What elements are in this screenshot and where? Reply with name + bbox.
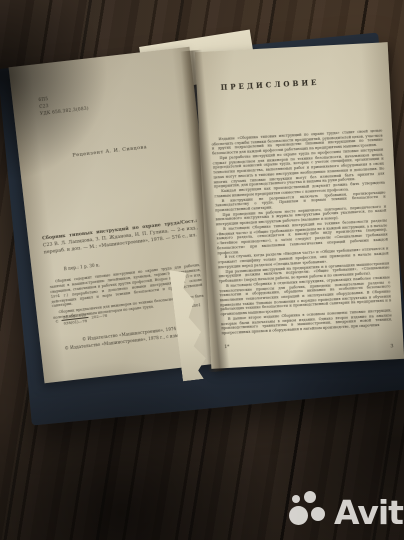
avito-logo-circle-medium-top	[304, 491, 316, 503]
avito-logo-circle-small	[292, 495, 300, 503]
avito-watermark: Avito	[289, 491, 404, 533]
avito-logo-circle-medium-bottom	[311, 507, 325, 521]
book-photo: 6П5 С23 УДК 658.382.3(083) Рецензент А. …	[0, 0, 404, 540]
avito-logo-icon	[289, 491, 329, 533]
avito-wordmark: Avito	[334, 493, 404, 532]
avito-logo-circle-large	[289, 506, 308, 525]
shadow-overlay-topleft	[0, 0, 404, 540]
